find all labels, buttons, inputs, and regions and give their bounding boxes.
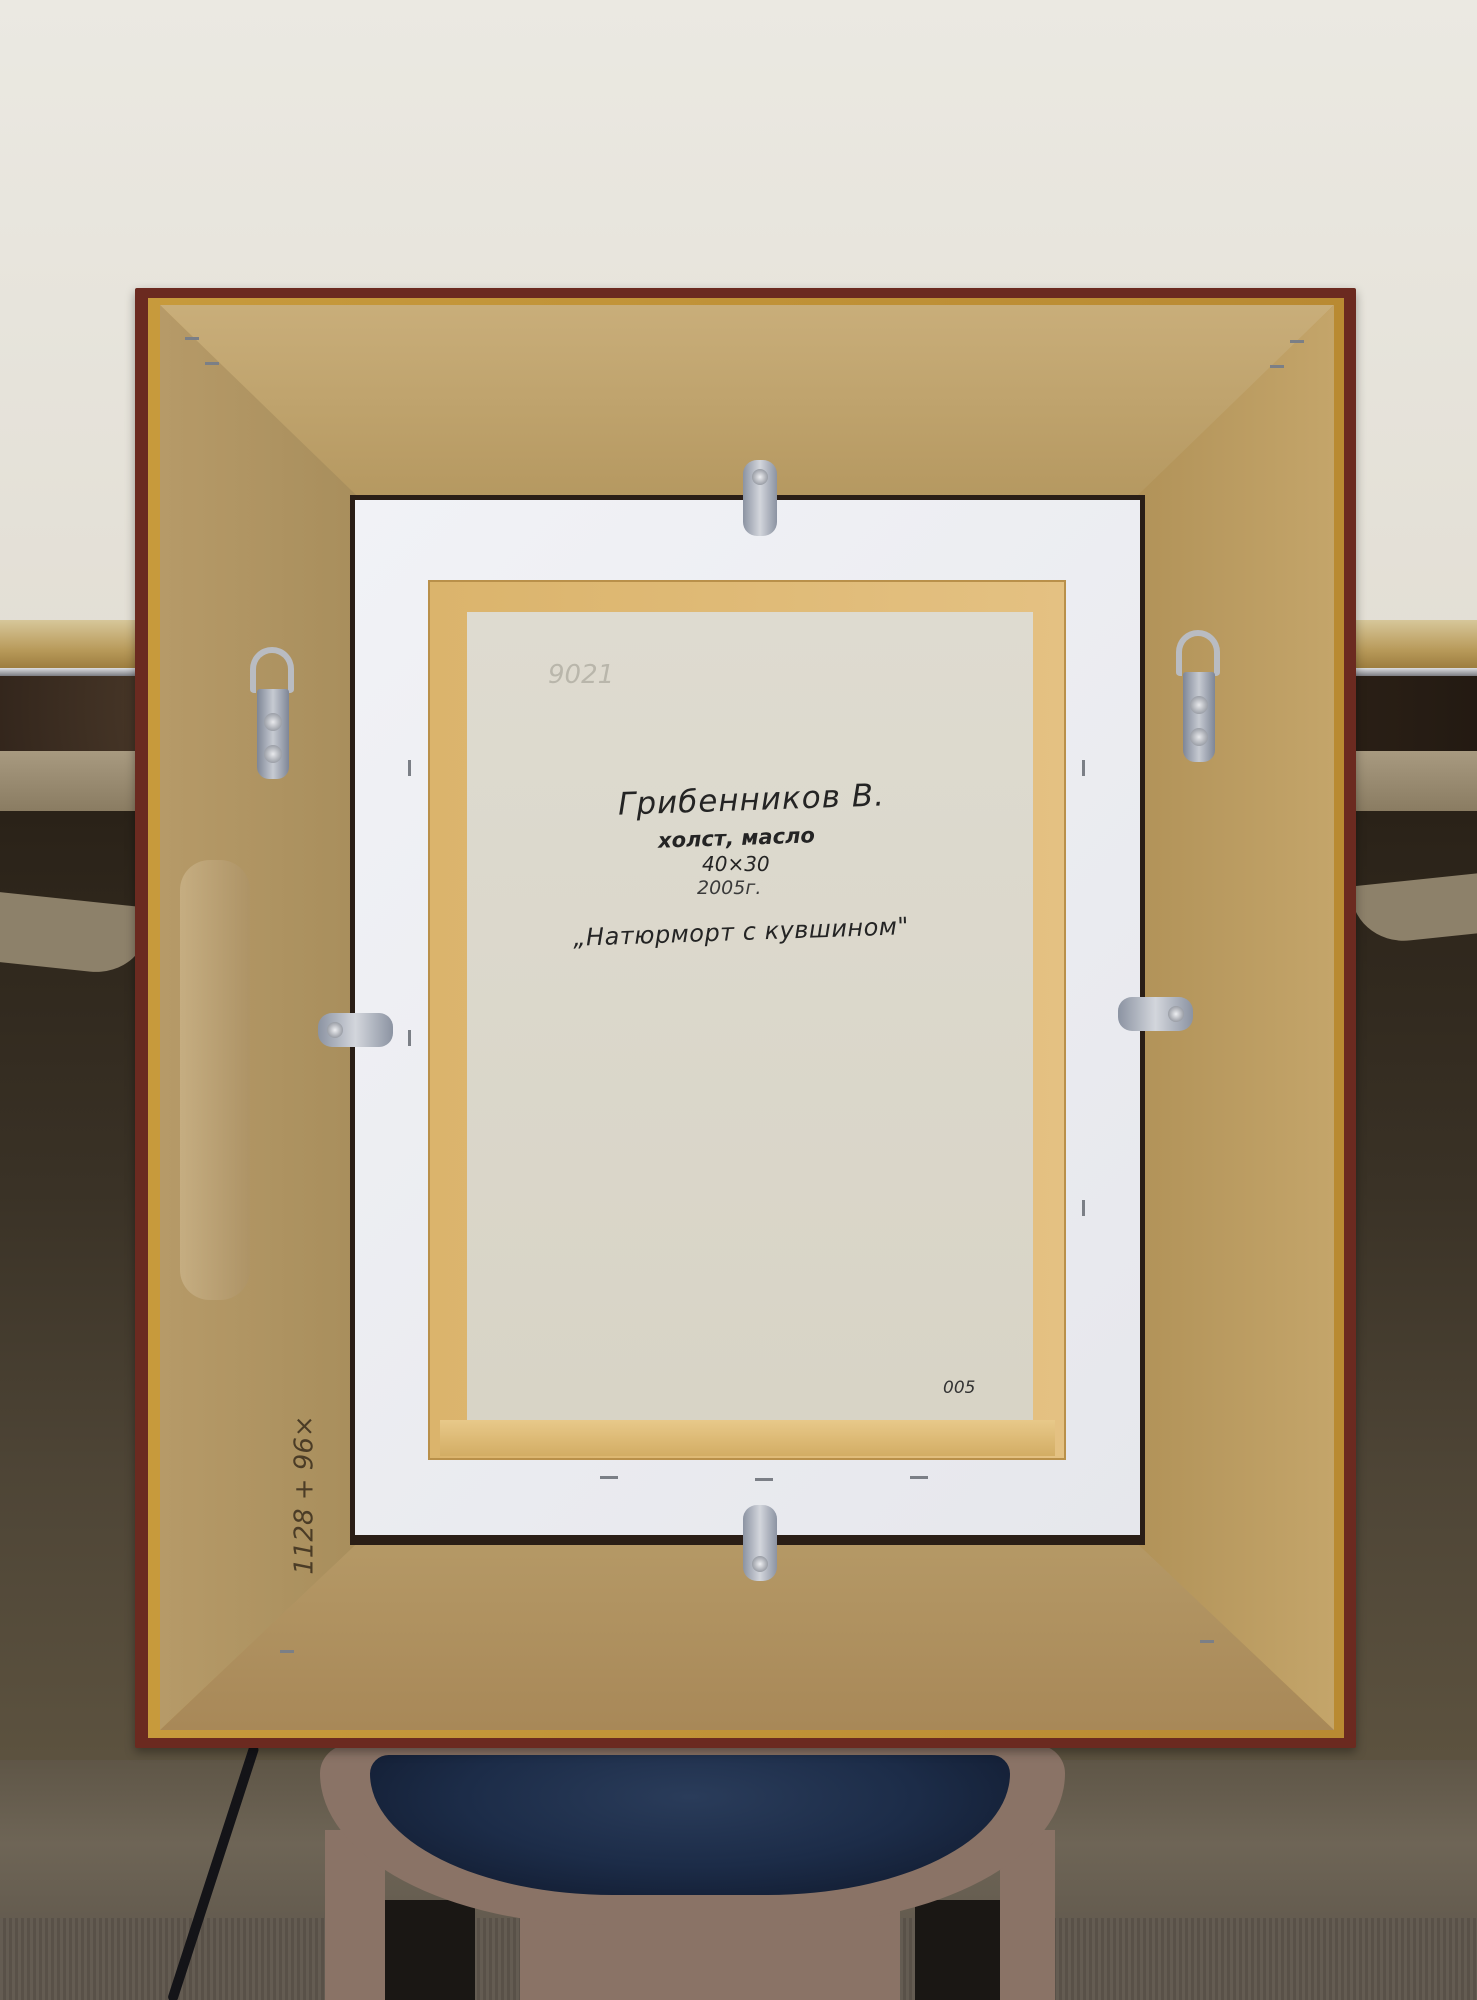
- screw-icon: [752, 469, 768, 485]
- retaining-clip-right: [1118, 997, 1193, 1031]
- d-ring-hanger-right: [1173, 630, 1225, 765]
- staple: [408, 1030, 411, 1046]
- screw-icon: [327, 1022, 343, 1038]
- d-ring-icon: [1176, 630, 1220, 676]
- staple: [910, 1476, 928, 1479]
- stretcher-bottom-bevel: [440, 1420, 1055, 1456]
- screw-icon: [1168, 1006, 1184, 1022]
- staple: [1200, 1640, 1214, 1643]
- staple: [1270, 365, 1284, 368]
- year: 2005г.: [697, 877, 761, 899]
- staple: [280, 1650, 294, 1653]
- screw-icon: [1190, 696, 1208, 714]
- dimensions: 40×30: [702, 852, 770, 876]
- staple: [205, 362, 219, 365]
- stool-gap-left: [385, 1900, 475, 2000]
- screw-icon: [1190, 728, 1208, 746]
- retaining-clip-left: [318, 1013, 393, 1047]
- hanger-plate: [1183, 672, 1215, 762]
- staple: [408, 760, 411, 776]
- frame-pencil-note: 1128 + 96×: [290, 1415, 320, 1574]
- staple: [1290, 340, 1304, 343]
- stool-gap-right: [915, 1900, 1000, 2000]
- staple: [185, 337, 199, 340]
- screw-icon: [264, 745, 282, 763]
- d-ring-hanger-left: [247, 647, 299, 782]
- retaining-clip-bottom: [743, 1505, 777, 1581]
- staple: [1082, 760, 1085, 776]
- torn-paper-residue: [180, 860, 250, 1300]
- retaining-clip-top: [743, 460, 777, 536]
- d-ring-icon: [250, 647, 294, 693]
- hanger-plate: [257, 689, 289, 779]
- canvas-back: [467, 612, 1033, 1420]
- inventory-number: 9021: [548, 660, 614, 690]
- staple: [600, 1476, 618, 1479]
- screw-icon: [264, 713, 282, 731]
- staple: [755, 1478, 773, 1481]
- staple: [1082, 1200, 1085, 1216]
- catalog-number: 005: [943, 1378, 975, 1398]
- screw-icon: [752, 1556, 768, 1572]
